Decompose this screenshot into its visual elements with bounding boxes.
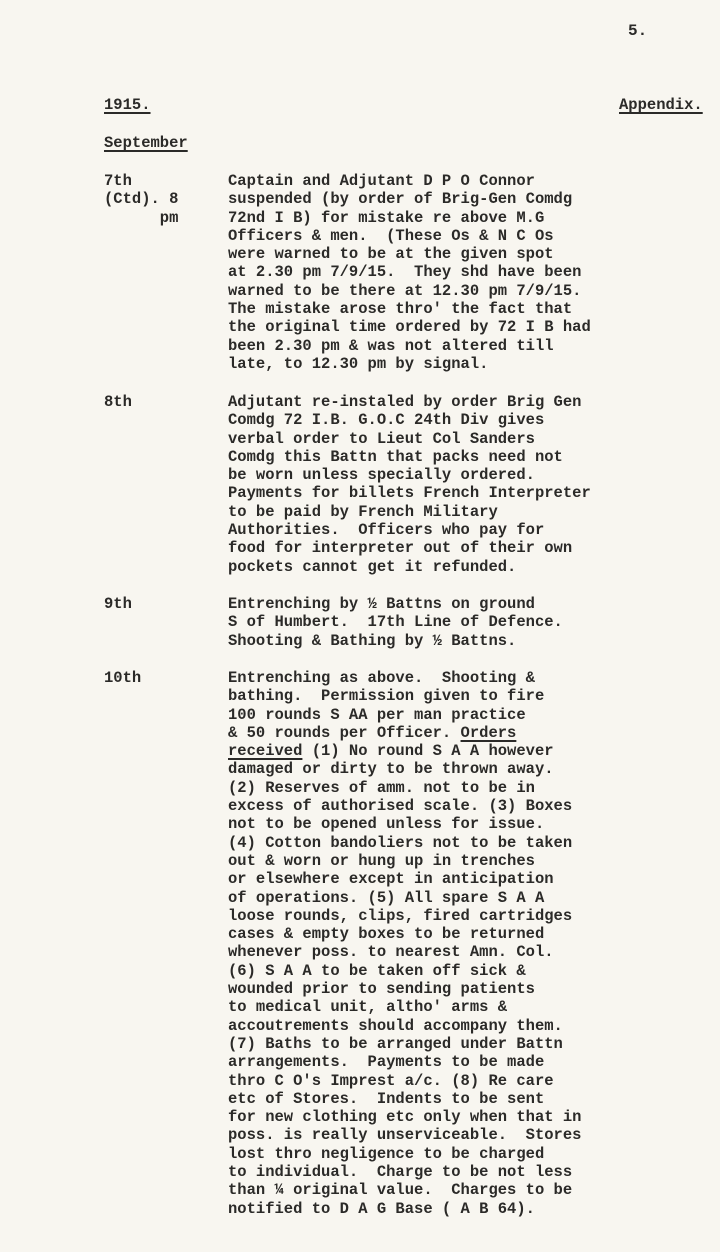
- entry-text: Entrenching as above. Shooting & bathing…: [228, 669, 668, 1218]
- entry-date: 9th: [104, 595, 224, 613]
- page-number: 5.: [628, 22, 647, 40]
- entry-text: Captain and Adjutant D P O Connor suspen…: [228, 172, 668, 373]
- month-heading: September: [104, 134, 188, 152]
- entry-text: Adjutant re-instaled by order Brig Gen C…: [228, 393, 668, 576]
- orders-received-underline-2: received: [228, 742, 302, 760]
- year-heading: 1915.: [104, 96, 151, 114]
- entry-text: Entrenching by ½ Battns on ground S of H…: [228, 595, 668, 650]
- entry-date: 7th (Ctd). 8 pm: [104, 172, 224, 227]
- entry-date: 8th: [104, 393, 224, 411]
- orders-received-underline: Orders: [461, 724, 517, 742]
- entry-date: 10th: [104, 669, 224, 687]
- appendix-heading: Appendix.: [619, 96, 703, 114]
